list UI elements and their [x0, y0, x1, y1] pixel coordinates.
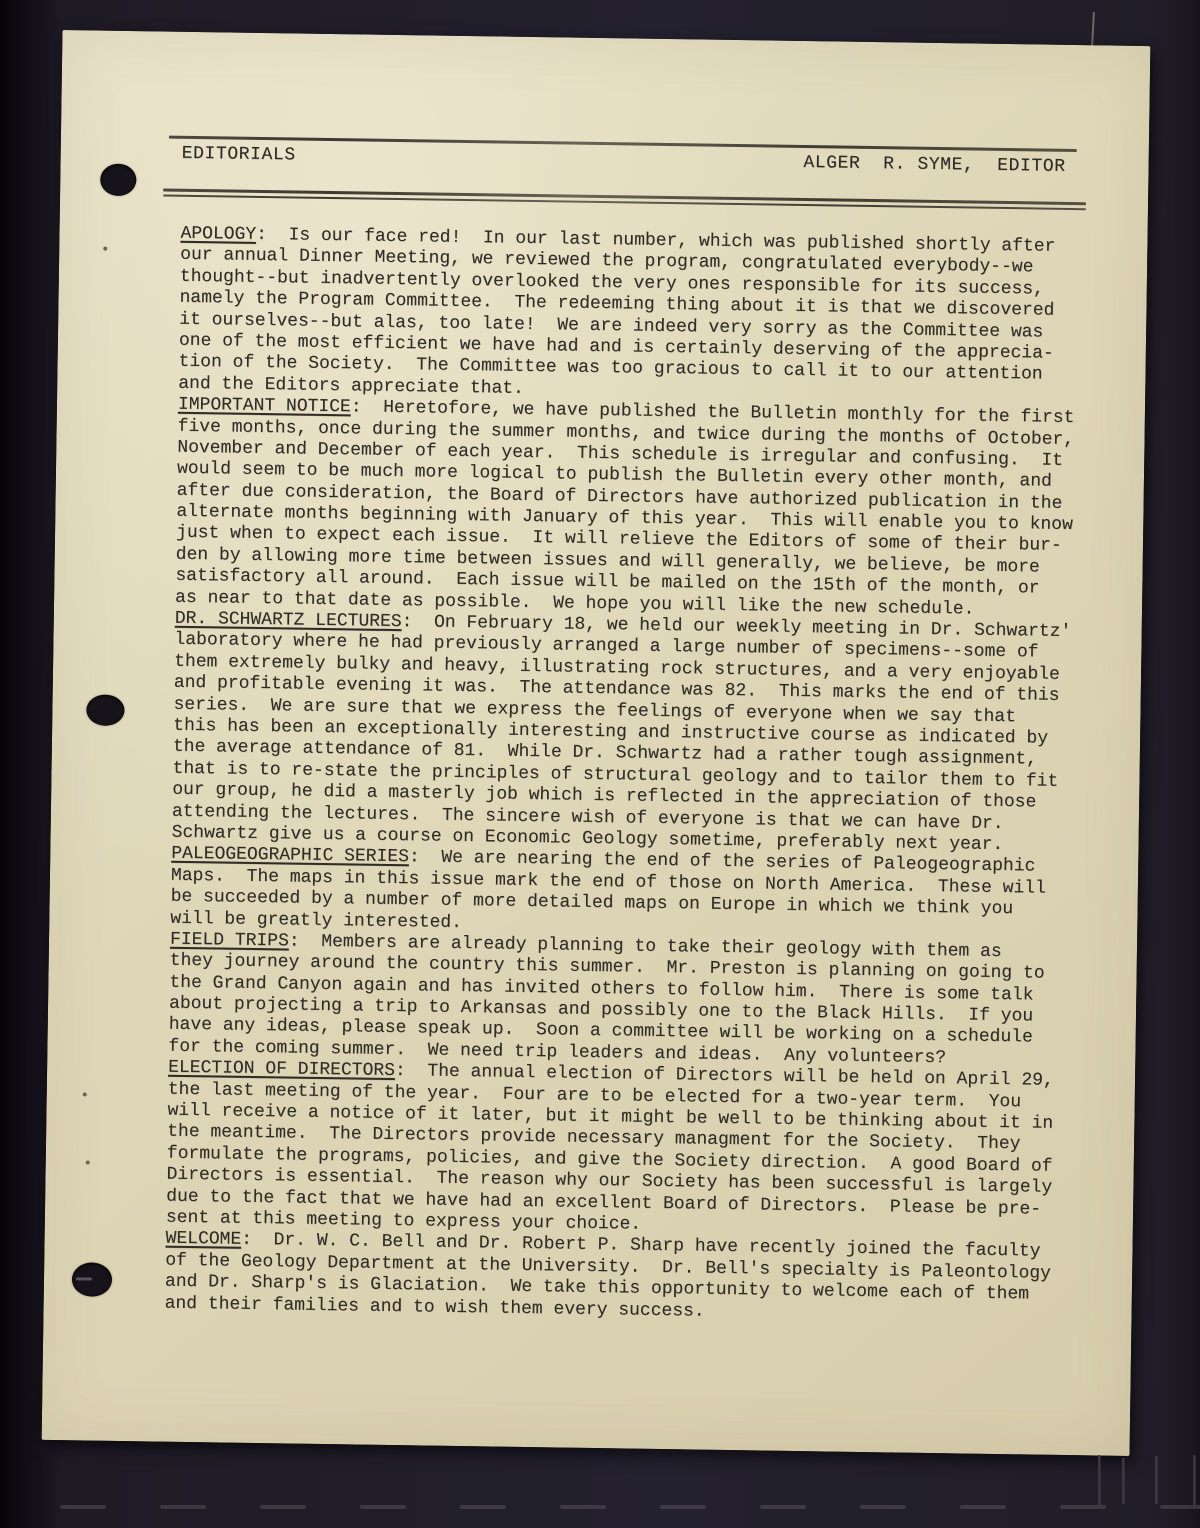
film-dash: [860, 1505, 906, 1509]
page-edge-groove: [1098, 1455, 1100, 1505]
paper-speck: [86, 1160, 90, 1164]
film-dash: [1060, 1505, 1106, 1509]
section-heading: ELECTION OF DIRECTORS: [168, 1058, 395, 1081]
header-left-title: EDITORIALS: [182, 144, 296, 166]
scratch-mark: [1091, 12, 1095, 46]
scan-background: EDITORIALS ALGER R. SYME, EDITOR APOLOGY…: [0, 0, 1200, 1528]
film-dash: [360, 1505, 406, 1509]
header-right-title: ALGER R. SYME, EDITOR: [803, 153, 1066, 177]
film-dash: [260, 1505, 306, 1509]
page-edge-groove: [1193, 1455, 1195, 1505]
sections: APOLOGY: Is our face red! In our last nu…: [164, 224, 1090, 1328]
section-field-trips: FIELD TRIPS: Members are already plannin…: [168, 930, 1080, 1072]
punch-hole-top: [100, 164, 136, 197]
section-dr-schwartz-lectures: DR. SCHWARTZ LECTURES: On February 18, w…: [171, 609, 1084, 858]
section-heading: APOLOGY: [180, 224, 256, 245]
paper-speck: [103, 247, 107, 251]
paper-speck: [83, 1092, 87, 1096]
paper-page: EDITORIALS ALGER R. SYME, EDITOR APOLOGY…: [42, 30, 1151, 1456]
section-paleogeographic-series: PALEOGEOGRAPHIC SERIES: We are nearing t…: [170, 844, 1081, 943]
film-dash: [960, 1505, 1006, 1509]
punch-hole-middle: [86, 694, 124, 726]
punch-hole-bottom: [72, 1262, 112, 1297]
film-dash: [1160, 1505, 1200, 1509]
film-dash: [560, 1505, 606, 1509]
film-dash: [460, 1505, 506, 1509]
section-heading: WELCOME: [165, 1229, 241, 1250]
section-heading: IMPORTANT NOTICE: [178, 395, 351, 418]
film-dash: [60, 1505, 106, 1509]
film-dash: [160, 1505, 206, 1509]
film-dash: [760, 1505, 806, 1509]
section-welcome: WELCOME: Dr. W. C. Bell and Dr. Robert P…: [164, 1229, 1075, 1328]
section-apology: APOLOGY: Is our face red! In our last nu…: [178, 224, 1090, 409]
section-election-of-directors: ELECTION OF DIRECTORS: The annual electi…: [166, 1058, 1078, 1243]
page-edge-groove: [1155, 1456, 1157, 1504]
right-edge-shade: [1166, 0, 1200, 1528]
section-important-notice: IMPORTANT NOTICE: Heretofore, we have pu…: [175, 395, 1088, 622]
section-heading: FIELD TRIPS: [170, 930, 289, 952]
section-heading: DR. SCHWARTZ LECTURES: [175, 609, 402, 632]
section-heading: PALEOGEOGRAPHIC SERIES: [171, 844, 409, 868]
page-edge-groove: [1122, 1458, 1124, 1504]
punch-hole-reflection: [76, 1277, 92, 1280]
film-dash: [660, 1505, 706, 1509]
